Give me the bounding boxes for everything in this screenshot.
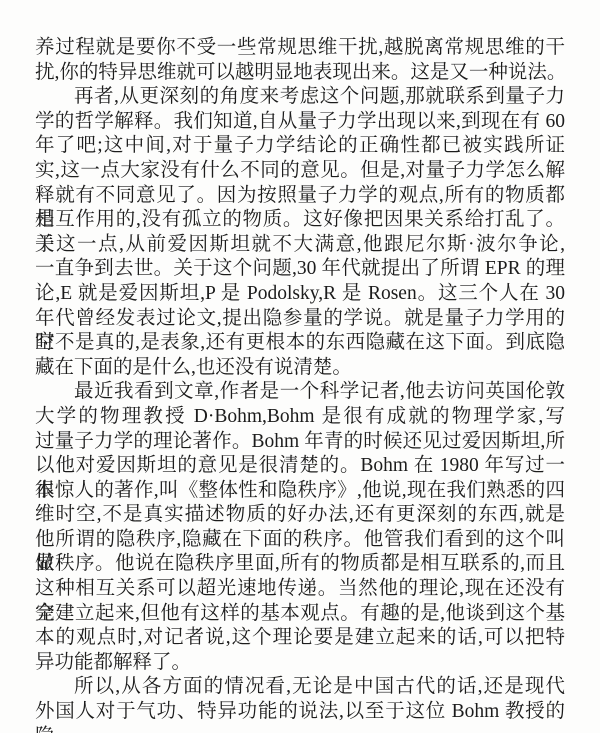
text-line: 很惊人的著作,叫《整体性和隐秩序》,他说,现在我们熟悉的四 <box>35 479 565 504</box>
text-line: 全建立起来,但他有这样的基本观点。有趣的是,他谈到这个基 <box>35 602 565 627</box>
text-line: 过量子力学的理论著作。Bohm 年青的时候还见过爱因斯坦,所 <box>35 430 565 455</box>
text-line: 最近我看到文章,作者是一个科学记者,他去访问英国伦敦 <box>35 380 565 405</box>
text-line: 空不是真的,是表象,还有更根本的东西隐藏在这下面。到底隐 <box>35 331 565 356</box>
text-line: 大学的物理教授 D·Bohm,Bohm 是很有成就的物理学家,写 <box>35 405 565 430</box>
text-line: 这种相互关系可以超光速地传递。当然他的理论,现在还没有完 <box>35 577 565 602</box>
text-line: 年了吧;这中间,对于量子力学结论的正确性都已被实践所证 <box>35 134 565 159</box>
text-line: 外国人对于气功、特异功能的说法,以至于这位 Bohm 教授的隐 <box>35 700 565 725</box>
text-line: 显秩序。他说在隐秩序里面,所有的物质都是相互联系的,而且 <box>35 552 565 577</box>
text-line: 他所谓的隐秩序,隐藏在下面的秩序。他管我们看到的这个叫做 <box>35 528 565 553</box>
scanned-page: 养过程就是要你不受一些常规思维干扰,越脱离常规思维的干扰,你的特异思维就可以越明… <box>0 0 600 733</box>
body-text-block: 养过程就是要你不受一些常规思维干扰,越脱离常规思维的干扰,你的特异思维就可以越明… <box>35 36 565 725</box>
text-line: 于这一点,从前爱因斯坦就不大满意,他跟尼尔斯·波尔争论, <box>35 233 565 258</box>
text-line: 所以,从各方面的情况看,无论是中国古代的话,还是现代 <box>35 675 565 700</box>
text-line: 藏在下面的是什么,也还没有说清楚。 <box>35 356 565 381</box>
text-line: 释就有不同意见了。因为按照量子力学的观点,所有的物质都是 <box>35 184 565 209</box>
text-line: 论,E 就是爱因斯坦,P 是 Podolsky,R 是 Rosen。这三个人在 … <box>35 282 565 307</box>
text-line: 养过程就是要你不受一些常规思维干扰,越脱离常规思维的干 <box>35 36 565 61</box>
text-line: 本的观点时,对记者说,这个理论要是建立起来的话,可以把特 <box>35 626 565 651</box>
text-line: 再者,从更深刻的角度来考虑这个问题,那就联系到量子力 <box>35 85 565 110</box>
text-line: 实,这一点大家没有什么不同的意见。但是,对量子力学怎么解 <box>35 159 565 184</box>
text-line: 相互作用的,没有孤立的物质。这好像把因果关系给打乱了。关 <box>35 208 565 233</box>
text-line: 维时空,不是真实描述物质的好办法,还有更深刻的东西,就是 <box>35 503 565 528</box>
text-line: 学的哲学解释。我们知道,自从量子力学出现以来,到现在有 60 <box>35 110 565 135</box>
text-line: 异功能都解释了。 <box>35 651 565 676</box>
text-line: 扰,你的特异思维就可以越明显地表现出来。这是又一种说法。 <box>35 61 565 86</box>
text-line: 年代曾经发表过论文,提出隐参量的学说。就是量子力学用的时 <box>35 307 565 332</box>
text-line: 以他对爱因斯坦的意见是很清楚的。Bohm 在 1980 年写过一本 <box>35 454 565 479</box>
text-line: 一直争到去世。关于这个问题,30 年代就提出了所谓 EPR 的理 <box>35 257 565 282</box>
